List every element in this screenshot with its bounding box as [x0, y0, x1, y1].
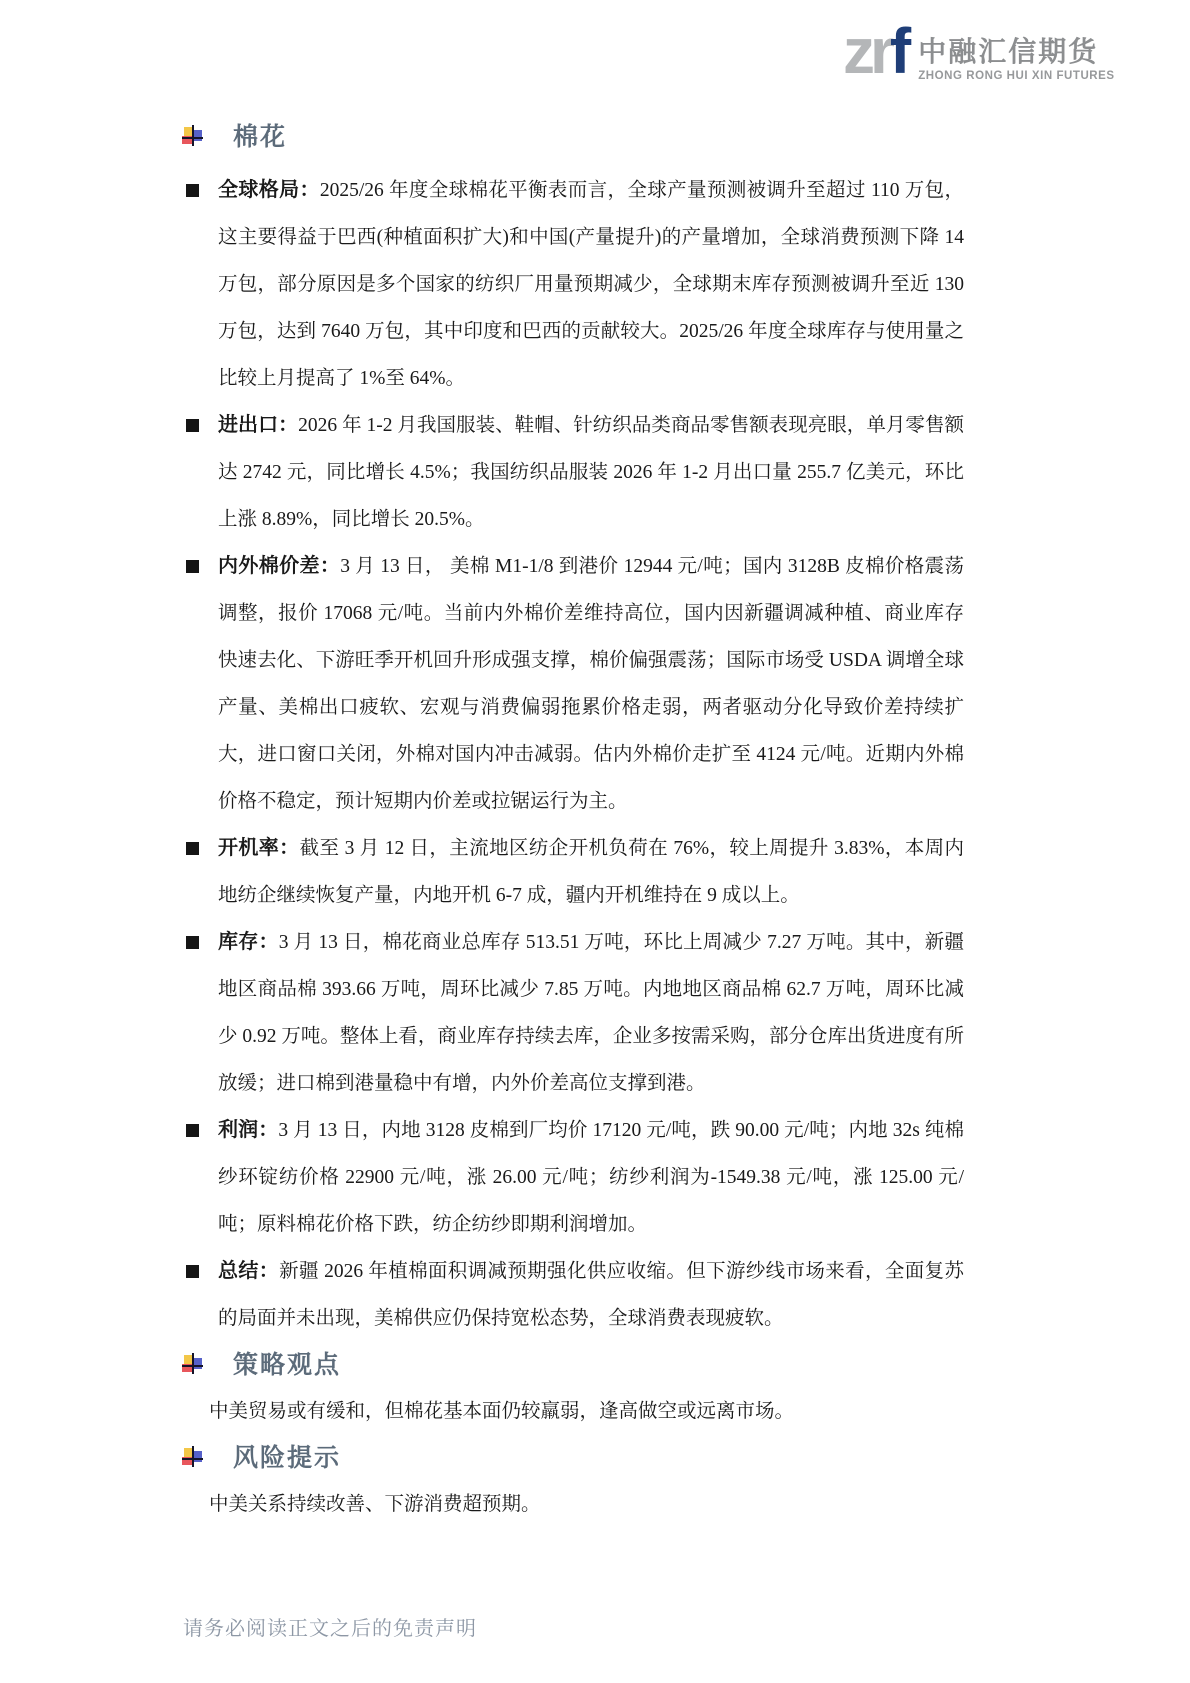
footer-disclaimer: 请务必阅读正文之后的免责声明	[183, 1612, 477, 1641]
icon-blue-square	[193, 130, 202, 141]
company-logo: zrf 中融汇信期货 ZHONG RONG HUI XIN FUTURES	[843, 16, 1115, 86]
bullet-profit: 利润：3 月 13 日，内地 3128 皮棉到厂均价 17120 元/吨，跌 9…	[180, 1107, 964, 1248]
bullet-text: 新疆 2026 年植棉面积调减预期强化供应收缩。但下游纱线市场来看，全面复苏的局…	[218, 1261, 964, 1329]
company-name-cn: 中融汇信期货	[918, 37, 1114, 67]
square-bullet-icon	[186, 560, 199, 573]
section-marker-icon	[181, 1352, 204, 1375]
bullet-label: 总结：	[218, 1260, 279, 1282]
disclaimer-text: 请务必阅读正文之后的免责声明	[183, 1618, 477, 1640]
logo-names: 中融汇信期货 ZHONG RONG HUI XIN FUTURES	[918, 37, 1114, 86]
section-heading-cotton: 棉花	[180, 118, 964, 152]
section-title-strategy: 策略观点	[233, 1345, 341, 1381]
bullet-text: 3 月 13 日， 美棉 M1-1/8 到港价 12944 元/吨；国内 312…	[218, 556, 964, 812]
icon-cross-vertical	[192, 1353, 194, 1374]
bullet-summary: 总结：新疆 2026 年植棉面积调减预期强化供应收缩。但下游纱线市场来看，全面复…	[180, 1248, 964, 1342]
square-bullet-icon	[186, 1124, 199, 1137]
bullet-label: 全球格局：	[218, 179, 320, 201]
bullet-label: 开机率：	[218, 837, 300, 859]
zrf-logo-mark: zrf	[843, 16, 906, 86]
icon-cross-vertical	[192, 125, 194, 146]
square-bullet-icon	[186, 419, 199, 432]
bullet-text: 截至 3 月 12 日，主流地区纺企开机负荷在 76%，较上周提升 3.83%，…	[218, 838, 964, 906]
bullet-label: 内外棉价差：	[218, 555, 340, 577]
section-title-risk: 风险提示	[233, 1438, 341, 1474]
bullet-price-spread: 内外棉价差：3 月 13 日， 美棉 M1-1/8 到港价 12944 元/吨；…	[180, 543, 964, 825]
bullet-label: 利润：	[218, 1119, 278, 1141]
company-name-en: ZHONG RONG HUI XIN FUTURES	[918, 70, 1114, 82]
bullet-text: 2026 年 1-2 月我国服装、鞋帽、针纺织品类商品零售额表现亮眼，单月零售额…	[218, 415, 964, 530]
icon-blue-square	[193, 1358, 202, 1369]
icon-cross-vertical	[192, 1446, 194, 1467]
bullet-import-export: 进出口：2026 年 1-2 月我国服装、鞋帽、针纺织品类商品零售额表现亮眼，单…	[180, 402, 964, 543]
bullet-label: 进出口：	[218, 414, 298, 436]
icon-cross-horizontal	[182, 137, 203, 139]
logo-letters-zr: zr	[843, 15, 890, 87]
section-heading-strategy: 策略观点	[180, 1346, 964, 1380]
report-body: 棉花 全球格局：2025/26 年度全球棉花平衡表而言，全球产量预测被调升至超过…	[180, 105, 964, 1528]
icon-blue-square	[193, 1451, 202, 1462]
bullet-operating-rate: 开机率：截至 3 月 12 日，主流地区纺企开机负荷在 76%，较上周提升 3.…	[180, 825, 964, 919]
bullet-text: 3 月 13 日，内地 3128 皮棉到厂均价 17120 元/吨，跌 90.0…	[218, 1120, 964, 1235]
bullet-label: 库存：	[218, 931, 279, 953]
square-bullet-icon	[186, 936, 199, 949]
strategy-paragraph: 中美贸易或有缓和，但棉花基本面仍较羸弱，逢高做空或远离市场。	[180, 1388, 964, 1435]
section-marker-icon	[181, 124, 204, 147]
square-bullet-icon	[186, 1265, 199, 1278]
bullet-text: 2025/26 年度全球棉花平衡表而言，全球产量预测被调升至超过 110 万包，…	[218, 180, 964, 389]
section-marker-icon	[181, 1445, 204, 1468]
logo-letter-f: f	[890, 15, 906, 87]
section-heading-risk: 风险提示	[180, 1439, 964, 1473]
icon-cross-horizontal	[182, 1365, 203, 1367]
bullet-inventory: 库存：3 月 13 日，棉花商业总库存 513.51 万吨，环比上周减少 7.2…	[180, 919, 964, 1107]
icon-cross-horizontal	[182, 1458, 203, 1460]
section-title-cotton: 棉花	[233, 117, 287, 153]
square-bullet-icon	[186, 184, 199, 197]
bullet-text: 3 月 13 日，棉花商业总库存 513.51 万吨，环比上周减少 7.27 万…	[218, 932, 964, 1094]
risk-paragraph: 中美关系持续改善、下游消费超预期。	[180, 1481, 964, 1528]
square-bullet-icon	[186, 842, 199, 855]
bullet-global-pattern: 全球格局：2025/26 年度全球棉花平衡表而言，全球产量预测被调升至超过 11…	[180, 167, 964, 402]
